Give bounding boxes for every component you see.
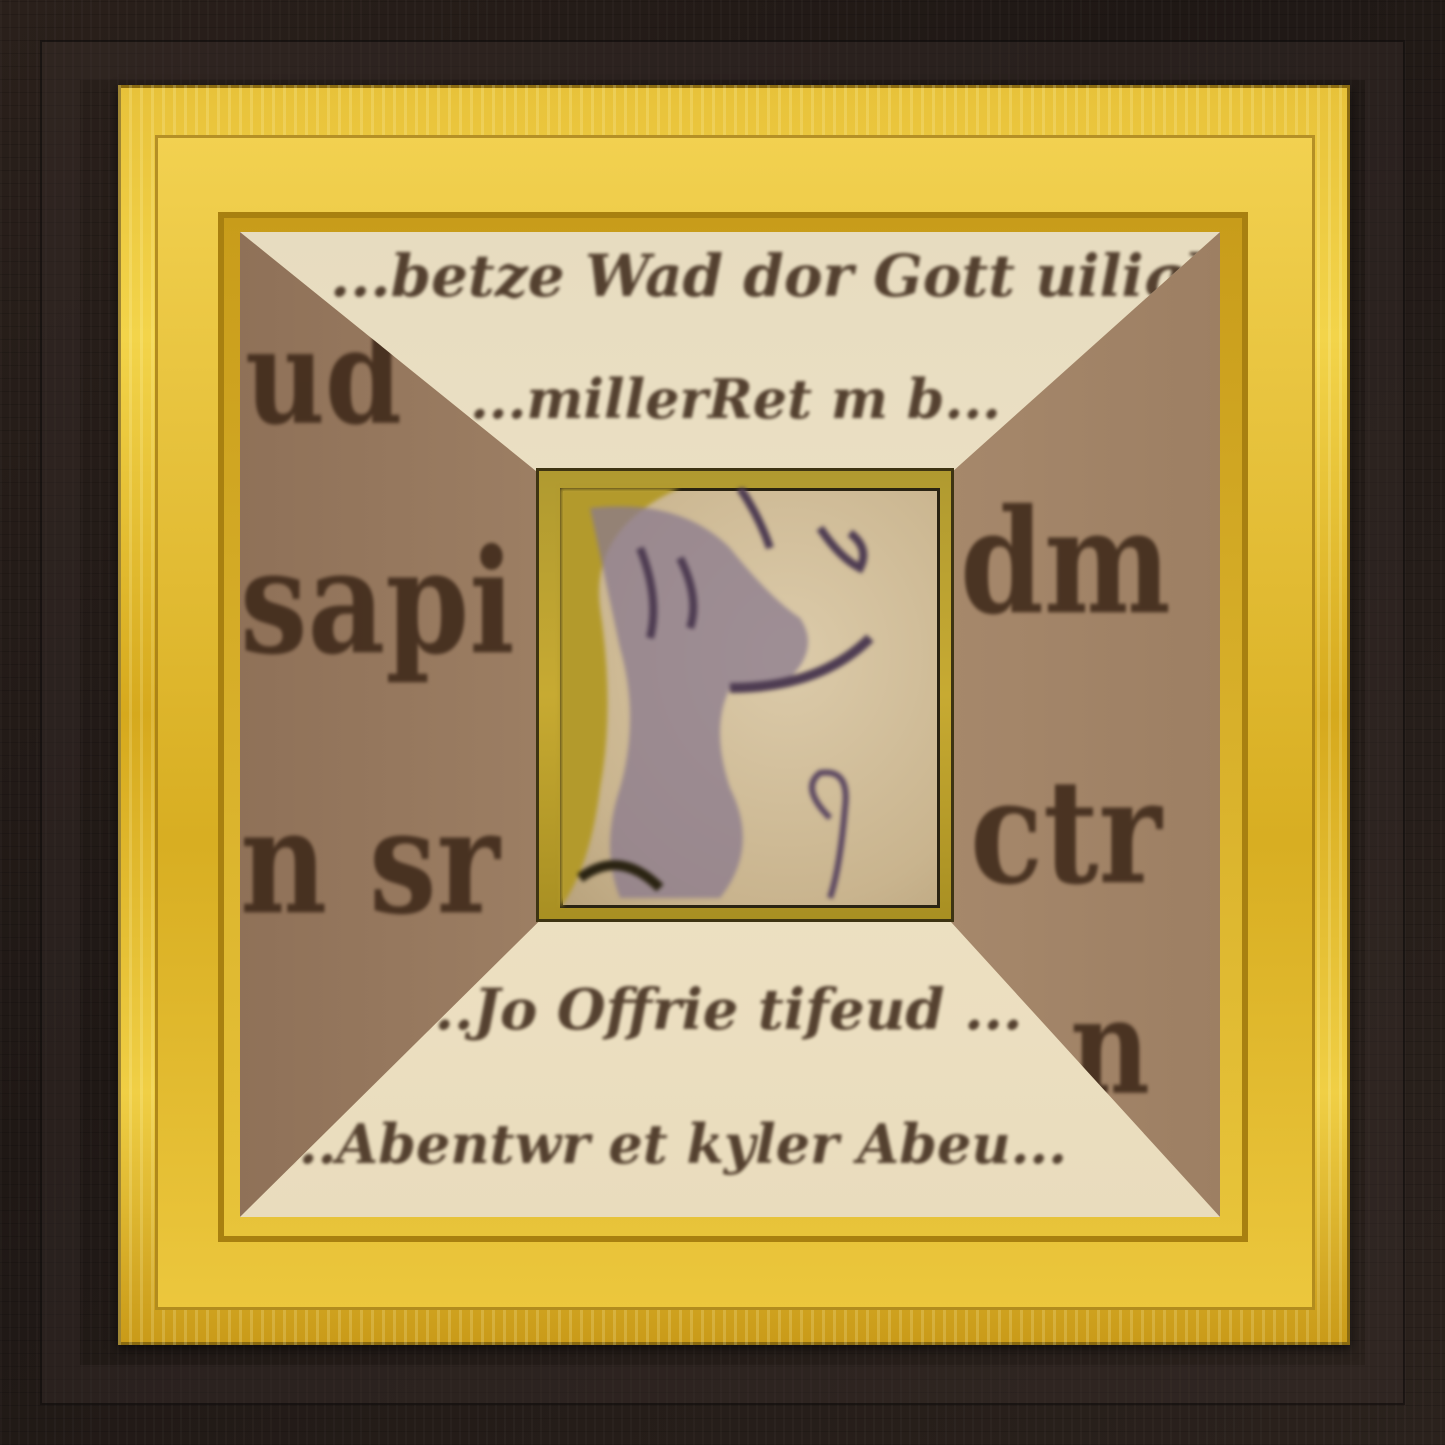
gothic-letters: n sr: [240, 778, 500, 947]
gothic-letters: ctr: [970, 748, 1162, 917]
script-line: ...Jo Offrie tifeud ...: [415, 977, 1023, 1043]
framed-artwork: ...betze Wad dor Gott uilighe... ...mill…: [0, 0, 1445, 1445]
script-line: ...Abentwr et kyler Abeu...: [280, 1112, 1067, 1176]
script-line: ...betze Wad dor Gott uilighe...: [330, 242, 1220, 310]
beast-head-miniature: [560, 488, 940, 908]
gothic-letters: dm: [960, 478, 1171, 647]
script-line: ...millerRet m b...: [470, 367, 1001, 431]
gothic-letters: sapi: [240, 518, 515, 687]
beast-head-icon: [560, 488, 940, 908]
